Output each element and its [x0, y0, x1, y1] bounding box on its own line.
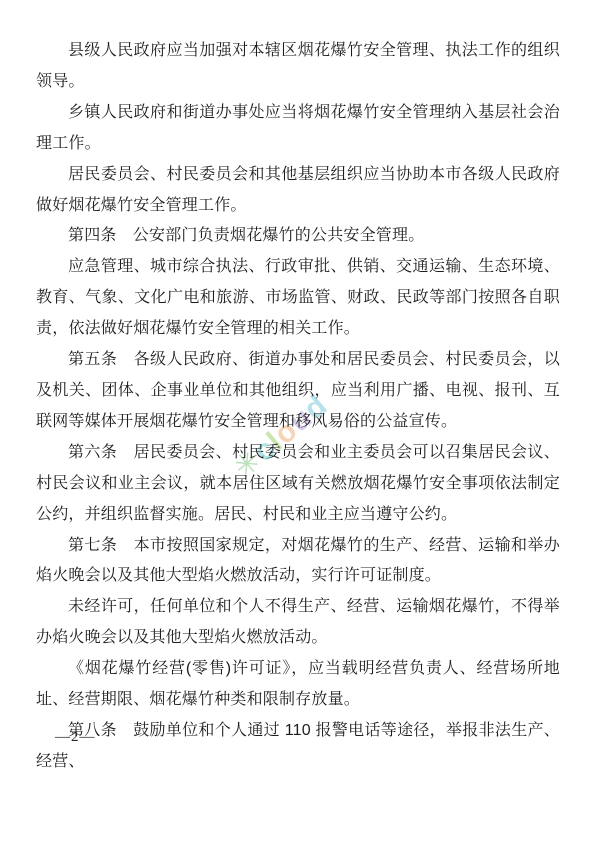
paragraph: 第七条 本市按照国家规定，对烟花爆竹的生产、经营、运输和举办焰火晚会以及其他大型…	[36, 531, 560, 593]
paragraph: 应急管理、城市综合执法、行政审批、供销、交通运输、生态环境、教育、气象、文化广电…	[36, 252, 560, 345]
paragraph: 未经许可，任何单位和个人不得生产、经营、运输烟花爆竹，不得举办焰火晚会以及其他大…	[36, 592, 560, 654]
paragraph: 第八条 鼓励单位和个人通过 110 报警电话等途径，举报非法生产、经营、	[36, 716, 560, 778]
page-number: —2—	[55, 729, 96, 746]
paragraph: 第六条 居民委员会、村民委员会和业主委员会可以召集居民会议、村民会议和业主会议，…	[36, 438, 560, 531]
paragraph: 乡镇人民政府和街道办事处应当将烟花爆竹安全管理纳入基层社会治理工作。	[36, 98, 560, 160]
paragraph: 第四条 公安部门负责烟花爆竹的公共安全管理。	[36, 221, 560, 252]
document-page: ✳cloud 县级人民政府应当加强对本辖区烟花爆竹安全管理、执法工作的组织领导。…	[0, 0, 595, 841]
paragraph: 《烟花爆竹经营(零售)许可证》，应当载明经营负责人、经营场所地址、经营期限、烟花…	[36, 654, 560, 716]
document-body: 县级人民政府应当加强对本辖区烟花爆竹安全管理、执法工作的组织领导。 乡镇人民政府…	[36, 36, 560, 778]
paragraph: 居民委员会、村民委员会和其他基层组织应当协助本市各级人民政府做好烟花爆竹安全管理…	[36, 160, 560, 222]
paragraph: 县级人民政府应当加强对本辖区烟花爆竹安全管理、执法工作的组织领导。	[36, 36, 560, 98]
paragraph: 第五条 各级人民政府、街道办事处和居民委员会、村民委员会，以及机关、团体、企事业…	[36, 345, 560, 438]
